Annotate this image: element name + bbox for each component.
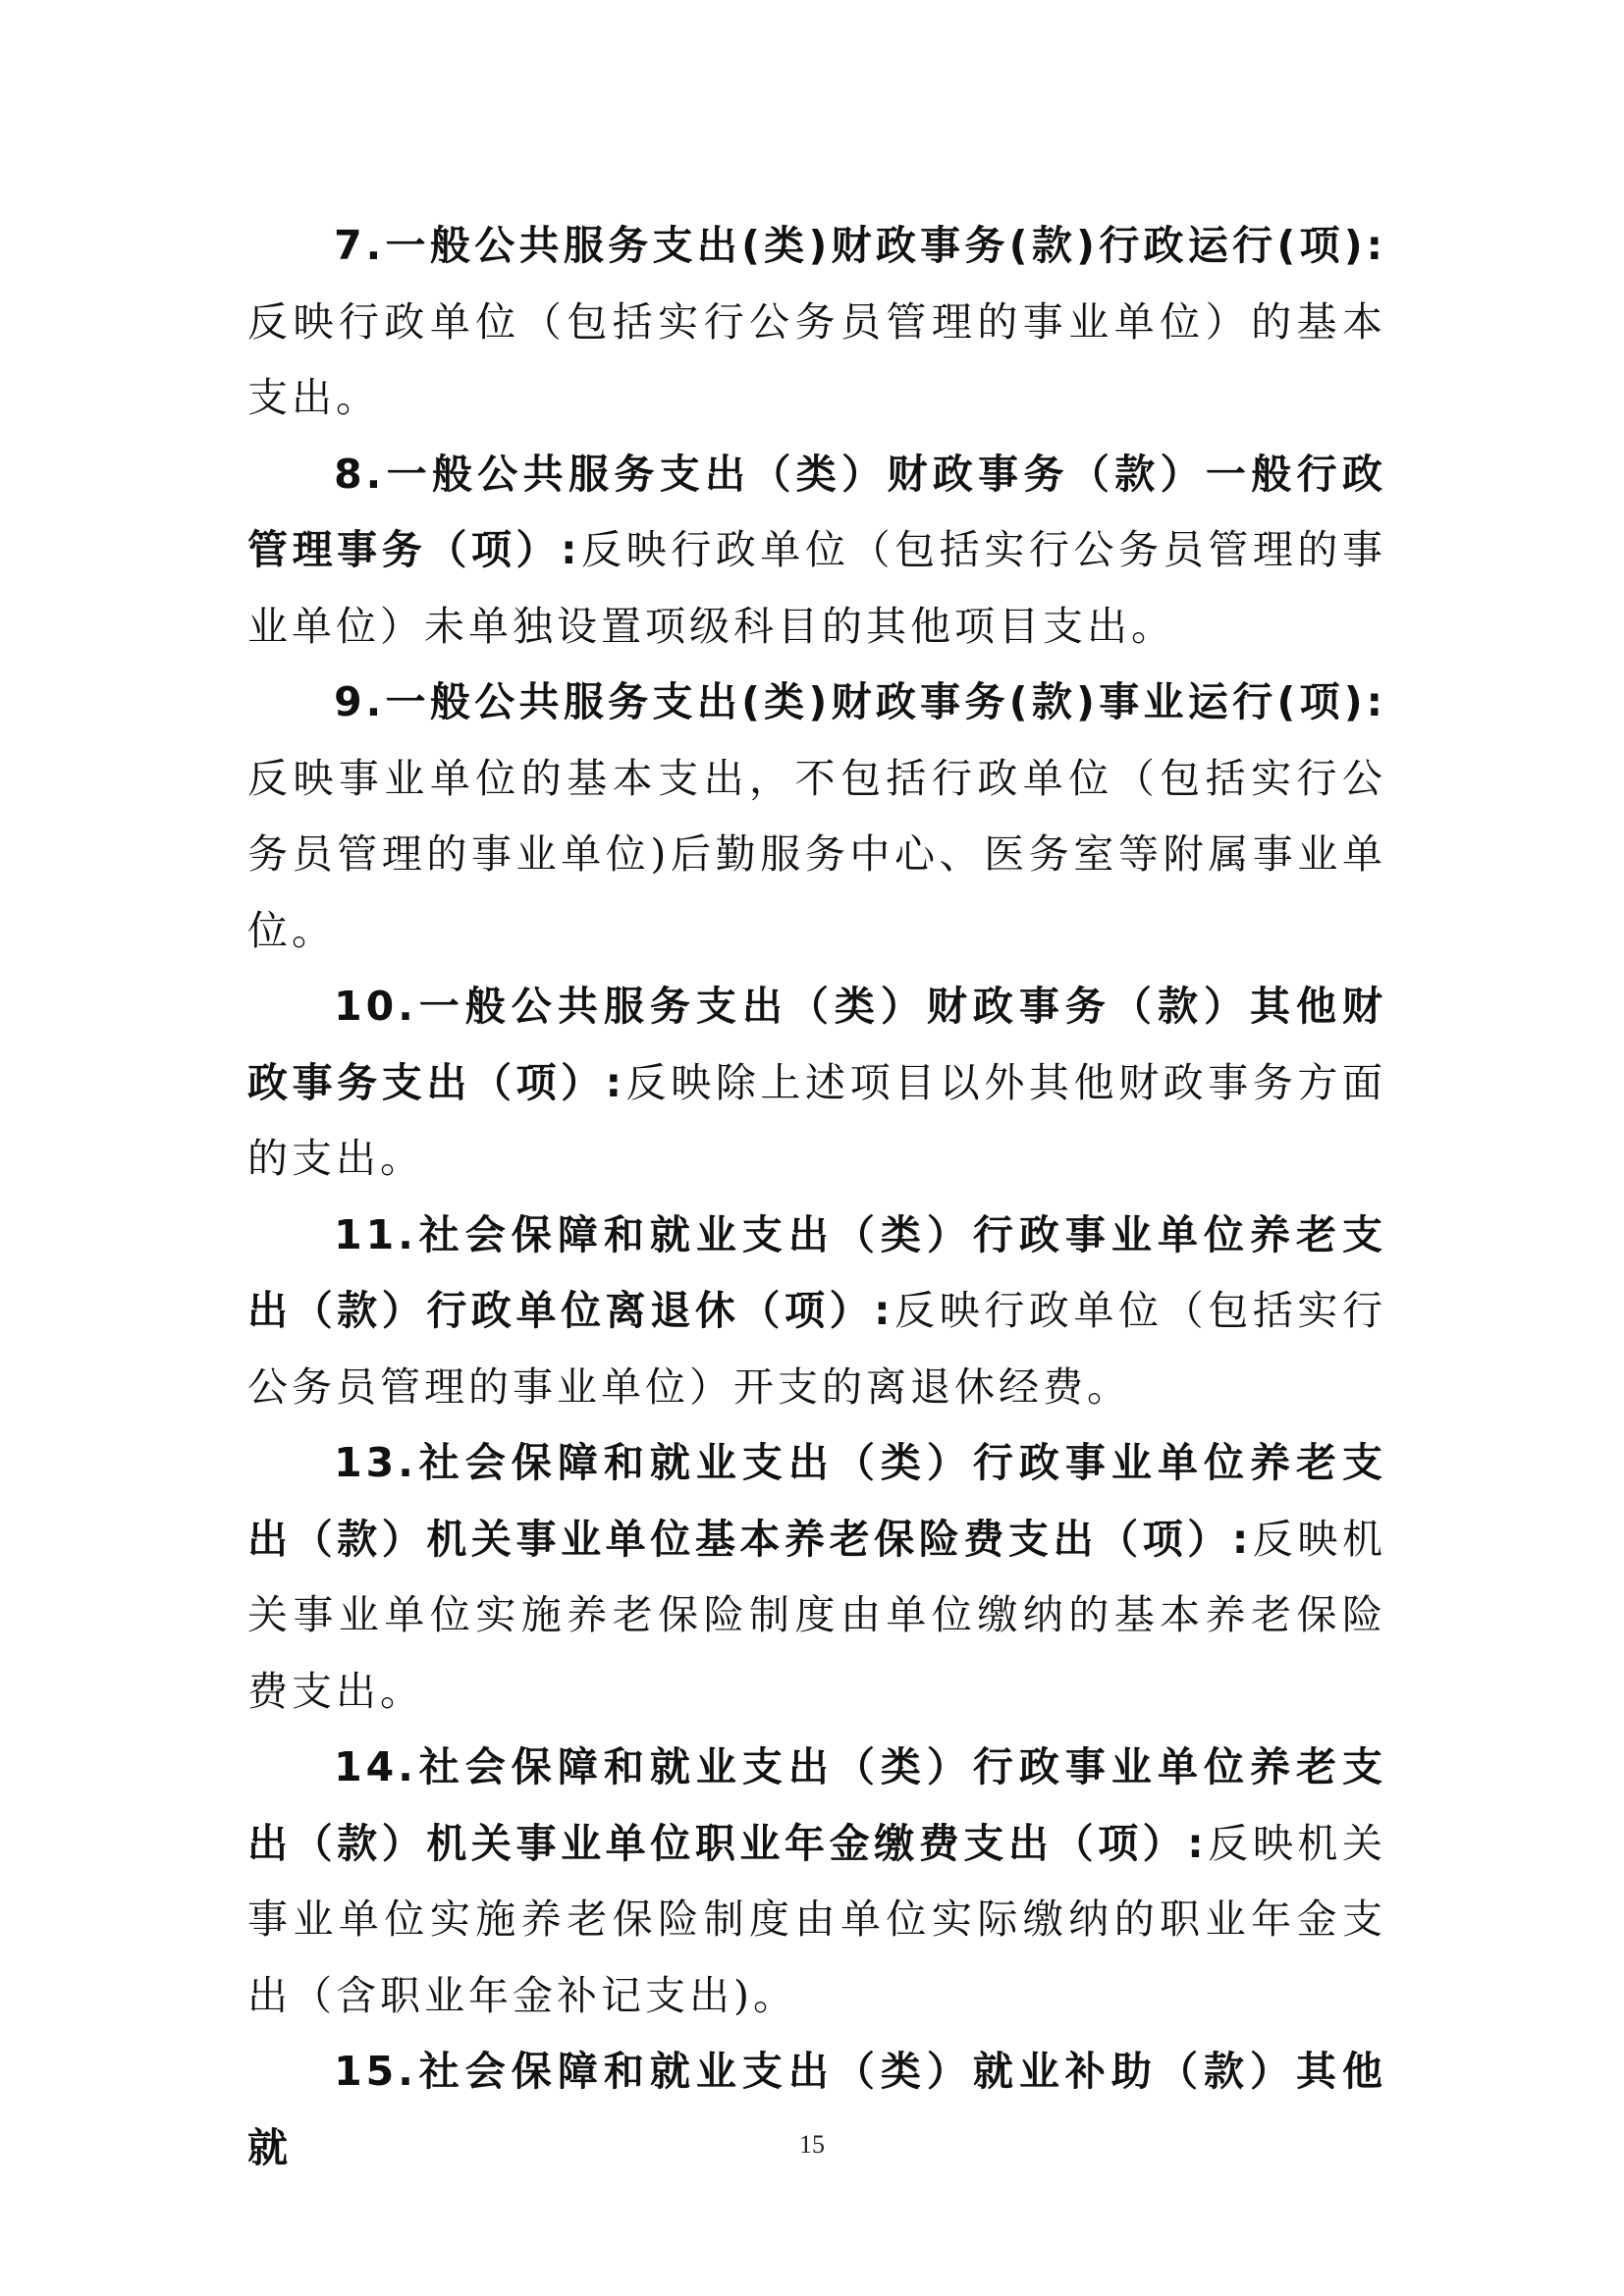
section-heading: 13.社会保障和就业支出（类）行政事业单位养老支出（款）机关事业单位基本养老保险… [247,1439,1386,1563]
section-14: 14.社会保障和就业支出（类）行政事业单位养老支出（款）机关事业单位职业年金缴费… [247,1730,1386,2034]
section-10: 10.一般公共服务支出（类）财政事务（款）其他财政事务支出（项）:反映除上述项目… [247,969,1386,1198]
section-9: 9.一般公共服务支出(类)财政事务(款)事业运行(项):反映事业单位的基本支出，… [247,665,1386,969]
section-heading: 9.一般公共服务支出(类)财政事务(款)事业运行(项): [334,678,1386,725]
section-13: 13.社会保障和就业支出（类）行政事业单位养老支出（款）机关事业单位基本养老保险… [247,1425,1386,1730]
section-description: 反映行政单位（包括实行公务员管理的事业单位）的基本支出。 [247,298,1386,422]
section-11: 11.社会保障和就业支出（类）行政事业单位养老支出（款）行政单位离退休（项）:反… [247,1198,1386,1426]
section-8: 8.一般公共服务支出（类）财政事务（款）一般行政管理事务（项）:反映行政单位（包… [247,437,1386,666]
section-heading: 7.一般公共服务支出(类)财政事务(款)行政运行(项): [334,222,1386,269]
page-number: 15 [0,2130,1624,2160]
section-15: 15.社会保障和就业支出（类）就业补助（款）其他就 [247,2034,1386,2186]
section-description: 反映事业单位的基本支出，不包括行政单位（包括实行公务员管理的事业单位)后勤服务中… [247,755,1386,954]
document-page: 7.一般公共服务支出(类)财政事务(款)行政运行(项):反映行政单位（包括实行公… [247,208,1386,2186]
section-7: 7.一般公共服务支出(类)财政事务(款)行政运行(项):反映行政单位（包括实行公… [247,208,1386,437]
